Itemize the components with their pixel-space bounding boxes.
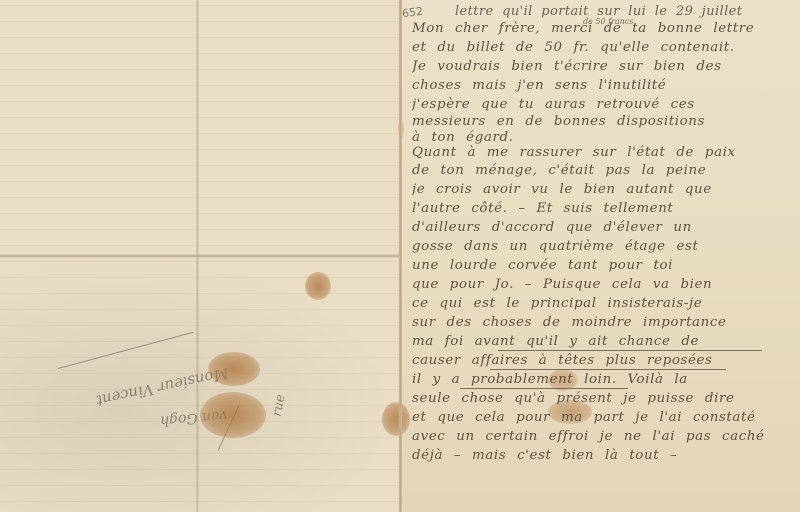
letter-line: et du billet de 50 fr. qu'elle contenait…: [412, 40, 798, 55]
letter-line: d'ailleurs d'accord que d'élever un: [412, 220, 798, 235]
letter-line: à ton égard.: [412, 130, 798, 145]
letter-line: messieurs en de bonnes dispositions: [412, 114, 798, 129]
stain: [208, 352, 260, 386]
letter-line: que pour Jo. – Puisque cela va bien: [412, 277, 798, 292]
letter-line: avec un certain effroi je ne l'ai pas ca…: [412, 429, 798, 444]
letter-line: causer affaires à têtes plus reposées: [412, 353, 798, 368]
letter-line: déjà – mais c'est bien là tout –: [412, 448, 798, 463]
letter-line: je crois avoir vu le bien autant que: [412, 182, 798, 197]
letter-line: une lourde corvée tant pour toi: [412, 258, 798, 273]
letter-line: Je voudrais bien t'écrire sur bien des: [412, 59, 798, 74]
horizontal-fold-line: [0, 254, 400, 258]
underline: [498, 350, 762, 351]
letter-line: choses mais j'en sens l'inutilité: [412, 78, 798, 93]
stain: [200, 392, 266, 438]
letter-line: sur des choses de moindre importance: [412, 315, 798, 330]
letter-line: gosse dans un quatrième étage est: [412, 239, 798, 254]
letter-line: l'autre côté. – Et suis tellement: [412, 201, 798, 216]
underline: [460, 388, 628, 389]
letter-line: et que cela pour ma part je l'ai constat…: [412, 410, 798, 425]
underline: [490, 369, 726, 370]
letter-line: Mon cher frère, merci de ta bonne lettre: [412, 21, 798, 36]
letter-scan: Monsieur Vincent van Gogh rue 652 lettre…: [0, 0, 800, 512]
letter-line: j'espère que tu auras retrouvé ces: [412, 97, 798, 112]
letter-line: de ton ménage, c'était pas la peine: [412, 163, 798, 178]
stain: [305, 272, 331, 300]
letter-line: Quant à me rassurer sur l'état de paix: [412, 145, 798, 160]
letter-line: seule chose qu'à présent je puisse dire: [412, 391, 798, 406]
letter-line: ma foi avant qu'il y ait chance de: [412, 334, 798, 349]
letter-line: ce qui est le principal insisterais-je: [412, 296, 798, 311]
letter-line: il y a probablement loin. Voilà la: [412, 372, 798, 387]
